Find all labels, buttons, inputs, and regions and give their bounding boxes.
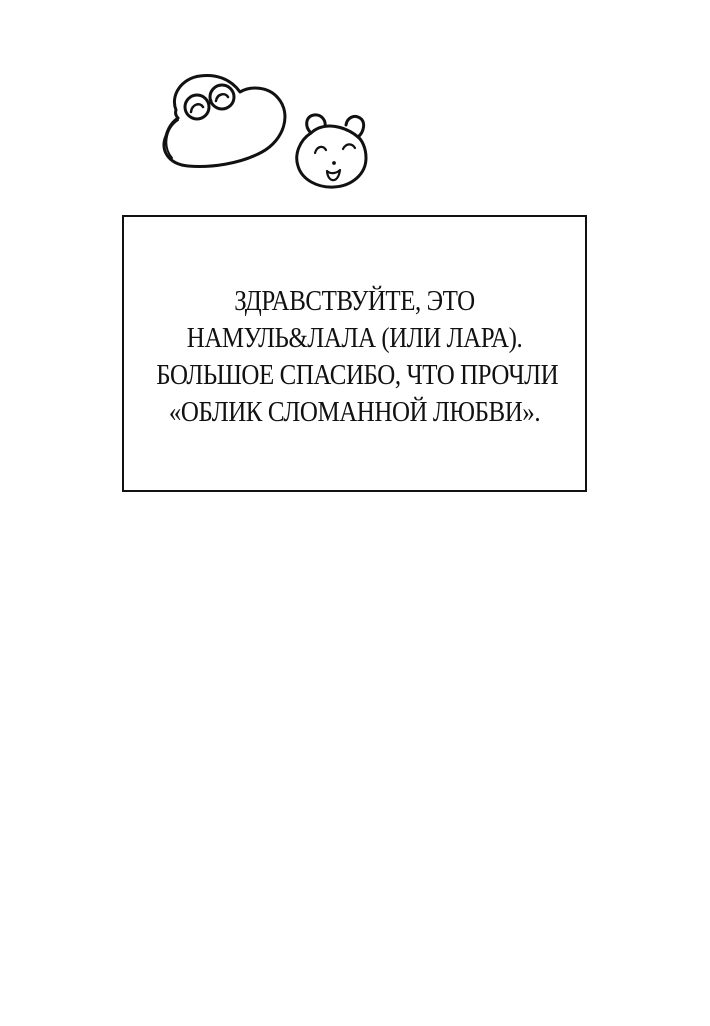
note-line: «ОБЛИК СЛОМАННОЙ ЛЮБВИ». <box>156 394 552 431</box>
note-line: НАМУЛЬ&ЛАЛА (ИЛИ ЛАРА). <box>156 320 552 357</box>
cloud-with-glasses-doodle <box>164 76 285 167</box>
note-box: ЗДРАВСТВУЙТЕ, ЭТО НАМУЛЬ&ЛАЛА (ИЛИ ЛАРА)… <box>122 215 587 492</box>
note-line: БОЛЬШОЕ СПАСИБО, ЧТО ПРОЧЛИ <box>156 357 552 394</box>
note-line: ЗДРАВСТВУЙТЕ, ЭТО <box>156 283 552 320</box>
bear-face-doodle <box>297 115 366 187</box>
doodles-area <box>0 0 710 200</box>
note-text: ЗДРАВСТВУЙТЕ, ЭТО НАМУЛЬ&ЛАЛА (ИЛИ ЛАРА)… <box>124 283 585 431</box>
